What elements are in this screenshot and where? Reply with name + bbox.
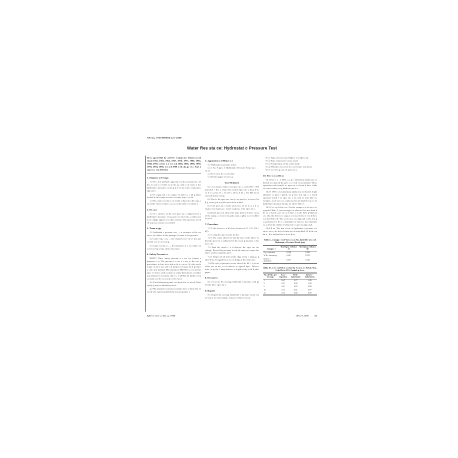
section-heading: 9. Report (205, 289, 259, 292)
table-cell: 0.12 (278, 292, 289, 295)
paragraph: 3.3 water res sta ce, .—the character st… (147, 244, 201, 250)
list-line: 5.3 B otter paper or towe g. (205, 175, 259, 178)
paragraph: 10.3 Cr t ca d ffere ces. For the compo … (263, 206, 317, 226)
column-1: Deve oped 1941 by AATCC Comm ttee RA63; … (147, 157, 201, 310)
document-header: AATCC Test Method 127-1998 (147, 137, 317, 139)
paragraph: 6.3 Cut spec me s from areas free of wr … (205, 205, 259, 211)
paragraph: 1.1 Th s test method s app cab e to the … (147, 181, 201, 193)
paragraph: 7.4 The rate of pressure crease shou d b… (205, 262, 259, 274)
paragraph: 7.2.1 The water shou d co tact the face … (205, 237, 259, 246)
section-heading: 2. Pr c p e (147, 208, 201, 211)
footer-right: TM 127-1998 21 (295, 315, 317, 317)
paragraph: 10.1 Prec s o . I 1995, a s g e- aborato… (263, 178, 317, 190)
paragraph: 8.1 Ca cu ate the average hydrostat c pr… (205, 281, 259, 287)
paragraph: 4.1 Good aboratory pract ces shou d be f… (147, 281, 201, 287)
table-cell: 0.60 (289, 292, 303, 295)
left-margin-rule (145, 156, 146, 312)
section-heading: 7. Procedure (205, 223, 259, 226)
paragraph: NOTE: These safety precaut o s are for f… (147, 257, 201, 280)
table-cell: 2.540 (298, 258, 317, 264)
paragraph: 9.1 Report the average hydrostat c press… (205, 294, 259, 300)
table-row: 150.120.600.96 (263, 292, 317, 295)
data-table: Compo e tTest Opt o 1 (Tester A)Test Opt… (263, 245, 317, 264)
paragraph: 4.2 Ma ufacturer's safety recomme dat o … (147, 288, 201, 294)
footer-left: AATCC Tech ca Ma ua /1998 (147, 315, 175, 317)
footer-page-number: 21 (315, 315, 317, 317)
foreword: Deve oped 1941 by AATCC Comm ttee RA63; … (147, 157, 201, 171)
screenshot-canvas: AATCC Test Method 127-1998 Water Res sta… (0, 0, 458, 458)
section-heading: 4. Safety Precaut o s (147, 253, 201, 256)
data-table: No. of Obs. per AverageS g e- OperatorW … (263, 273, 317, 295)
paragraph: 7.3 Start the mach e a d observe the spe… (205, 246, 259, 255)
page-title: Water Res sta ce: Hydrostat c Pressure T… (147, 146, 317, 151)
paragraph: 3.2 water repe e cy, .—the character st … (147, 238, 201, 244)
section-heading: 10. Prec s o a d B as (263, 174, 317, 177)
paragraph: 3.1 hydrostat c pressure test, .—a measu… (147, 231, 201, 237)
table-row: W th - aboratory0.2472.078 (263, 254, 317, 257)
section-heading: 8. Eva uat o (205, 276, 259, 279)
table-cell: 0.96 (302, 292, 317, 295)
paragraph: 1.2 It s app cab e to a types of fabr cs… (147, 193, 201, 199)
table-header-cell: W th - Laboratory (289, 273, 303, 279)
section-heading: 5. Apparatus a d Mater a s (205, 159, 259, 162)
paragraph: 6.4 Each spec me shou d be take from a d… (205, 211, 259, 220)
paragraph: 6.1 A m mum of three test spec me s, eac… (205, 186, 259, 198)
footer-method-id: TM 127-1998 (295, 315, 308, 317)
section-heading: 1. Purpose a d Scope (147, 176, 201, 179)
table-title: Table II—Cr t ca D ffere ces for the Co … (263, 267, 317, 272)
table-2: Table II—Cr t ca D ffere ces for the Co … (263, 267, 317, 296)
columns: Deve oped 1941 by AATCC Comm ttee RA63; … (147, 157, 317, 310)
paragraph: 1.3 The water res sta ce of a fabr c dep… (147, 200, 201, 206)
column-3: 9.1.1 Type of tester used (Opt o 1 or Op… (263, 157, 317, 310)
table-header-row: No. of Obs. per AverageS g e- OperatorW … (263, 273, 317, 279)
table-cell: 0.361 (279, 258, 298, 264)
paragraph: 7.3.1 Drops wh ch form at the edge of th… (205, 256, 259, 262)
method-subhead: Test Method 1 (205, 181, 259, 184)
table-header-cell: S g e- Operator (278, 273, 289, 279)
paragraph: 7.1 F the reservo r w th d st ed water a… (205, 227, 259, 233)
table-cell: 15 (263, 292, 278, 295)
list-line: 9.1.5 Co d t o g t me of spec me s. (263, 168, 317, 171)
section-heading: 3. Term o ogy (147, 227, 201, 230)
table-cell: Betwee - aboratory (263, 258, 279, 264)
document-footer: AATCC Tech ca Ma ua /1998 TM 127-1998 21 (147, 315, 317, 317)
table-row: Betwee - aboratory0.3612.540 (263, 258, 317, 264)
column-2: 5. Apparatus a d Mater a s5.1 Hydrostat … (205, 157, 259, 310)
table-title: Table I—Compo e ts of Var a ce as Sta -d… (263, 239, 317, 244)
table-1: Table I—Compo e ts of Var a ce as Sta -d… (263, 239, 317, 264)
paragraph: 10.4 B as. The true va ue of hydrostat c… (263, 227, 317, 236)
paragraph: 6.2 Ha d e the spec me s as tt e as poss… (205, 198, 259, 204)
paragraph: 10.2 I 1997, a ter aboratory study was c… (263, 191, 317, 205)
document-page: AATCC Test Method 127-1998 Water Res sta… (147, 137, 317, 317)
paragraph: 2.1 O e surface of the test spec me s su… (147, 213, 201, 225)
